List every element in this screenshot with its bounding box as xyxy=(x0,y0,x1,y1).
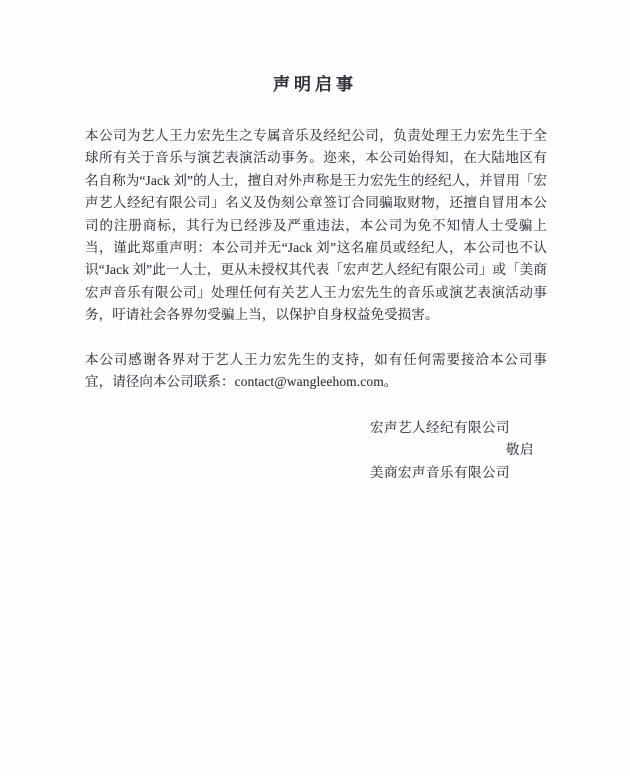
statement-paragraph: 本公司为艺人王力宏先生之专属音乐及经纪公司，负责处理王力宏先生于全球所有关于音乐… xyxy=(85,125,547,327)
signature-block: 宏声艺人经纪有限公司 敬启 美商宏声音乐有限公司 xyxy=(370,417,534,484)
signature-closing: 敬启 xyxy=(370,439,534,461)
statement-document-page: 声明启事 本公司为艺人王力宏先生之专属音乐及经纪公司，负责处理王力宏先生于全球所… xyxy=(0,0,630,776)
contact-paragraph: 本公司感谢各界对于艺人王力宏先生的支持，如有任何需要接洽本公司事宜，请径向本公司… xyxy=(85,349,547,394)
signature-company-primary: 宏声艺人经纪有限公司 xyxy=(370,417,534,439)
document-title: 声明启事 xyxy=(0,70,630,95)
document-body: 本公司为艺人王力宏先生之专属音乐及经纪公司，负责处理王力宏先生于全球所有关于音乐… xyxy=(85,125,547,394)
signature-company-secondary: 美商宏声音乐有限公司 xyxy=(370,462,534,484)
